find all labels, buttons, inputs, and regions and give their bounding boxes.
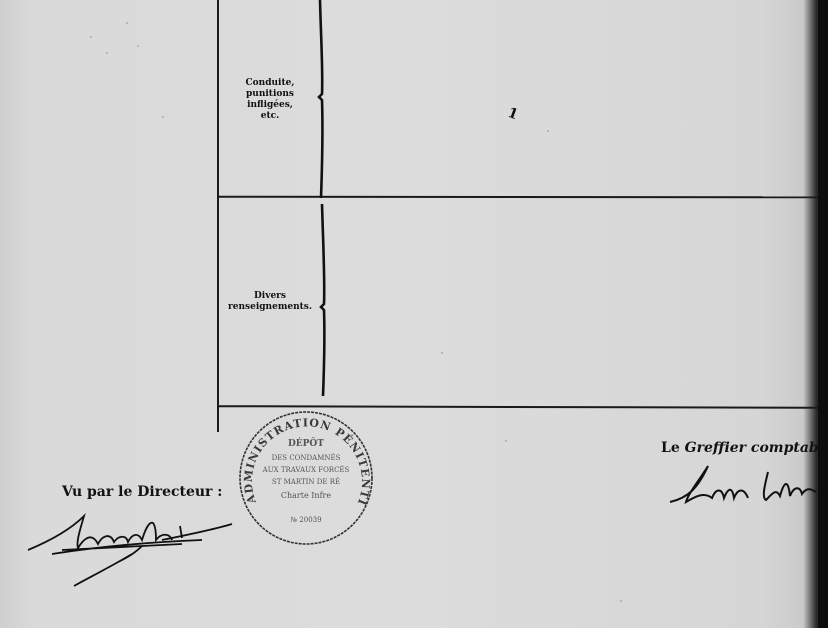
- greffier-signature: [668, 458, 818, 508]
- greffier-caption: Le Greffier comptable,: [661, 440, 828, 456]
- directeur-caption: Vu par le Directeur :: [62, 484, 222, 500]
- official-stamp: ADMINISTRATION PÉNITENTIAIRE DÉPÔT DES C…: [236, 410, 376, 550]
- book-binding-edge: [818, 0, 828, 628]
- stamp-number: № 20039: [290, 516, 321, 524]
- paper-speck: [505, 440, 507, 442]
- paper-speck: [620, 600, 622, 602]
- row-divider: [219, 196, 819, 199]
- paper-speck: [441, 352, 443, 354]
- stamp-line: DÉPÔT: [288, 437, 324, 449]
- row-label-divers: Divers renseignements.: [222, 291, 318, 313]
- directeur-signature: [22, 510, 237, 590]
- stamp-line: DES CONDAMNÉS: [272, 453, 341, 462]
- caption-prefix: Le: [661, 440, 685, 456]
- paper-speck: [106, 52, 108, 54]
- stamp-line: ST MARTIN DE RÉ: [272, 477, 340, 486]
- paper-speck: [126, 22, 128, 24]
- stamp-line: Charte Infre: [281, 491, 331, 500]
- paper-speck: [162, 116, 164, 118]
- scanned-page: Conduite, punitions infligées, etc. 1 Di…: [0, 0, 828, 628]
- stamp-line: AUX TRAVAUX FORCÉS: [262, 465, 350, 474]
- paper-speck: [137, 45, 139, 47]
- table-left-border: [217, 0, 219, 432]
- caption-title: Greffier comptable,: [685, 440, 828, 456]
- row-label-conduite: Conduite, punitions infligées, etc.: [222, 78, 318, 122]
- handwritten-entry: 1: [506, 105, 521, 123]
- label-line: Conduite,: [222, 78, 318, 89]
- paper-speck: [90, 36, 92, 38]
- label-line: etc.: [222, 111, 318, 122]
- label-line: Divers: [222, 291, 318, 302]
- label-line: punitions infligées,: [222, 89, 318, 111]
- paper-speck: [547, 130, 549, 132]
- label-line: renseignements.: [222, 302, 318, 313]
- table-bottom-border: [219, 405, 819, 409]
